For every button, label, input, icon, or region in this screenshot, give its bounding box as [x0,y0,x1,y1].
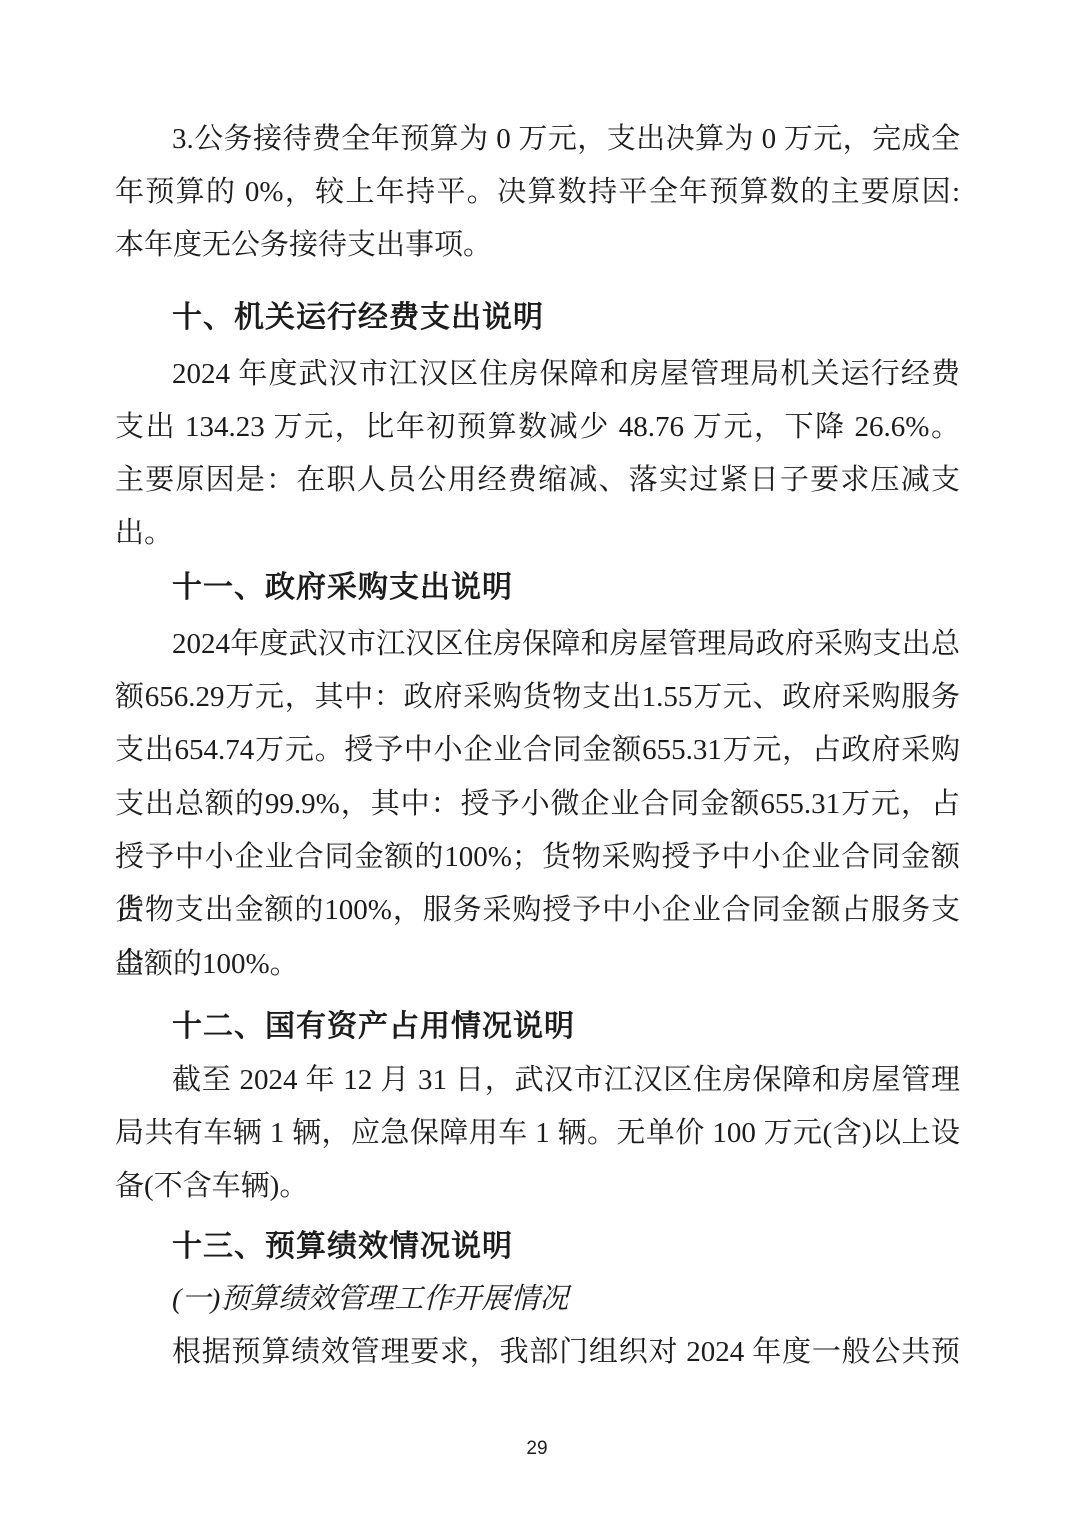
para-operating-expenses-line1: 2024 年度武汉市江汉区住房保障和房屋管理局机关运行经费 [115,348,960,401]
para-gov-procurement-line2: 额656.29万元，其中：政府采购货物支出1.55万元、政府采购服务 [115,671,960,724]
para-gov-procurement-line5: 授予中小企业合同金额的100%；货物采购授予中小企业合同金额占 [115,831,960,884]
para-gov-procurement-line4: 支出总额的99.9%，其中：授予小微企业合同金额655.31万元，占 [115,778,960,831]
para-operating-expenses-line2: 支出 134.23 万元，比年初预算数减少 48.76 万元，下降 26.6%。 [115,401,960,454]
para-official-reception-line1: 3.公务接待费全年预算为 0 万元，支出决算为 0 万元，完成全 [115,113,960,166]
para-official-reception-line2: 年预算的 0%，较上年持平。决算数持平全年预算数的主要原因: [115,166,960,219]
para-state-assets-line2: 局共有车辆 1 辆，应急保障用车 1 辆。无单价 100 万元(含)以上设 [115,1107,960,1160]
para-operating-expenses-line4: 出。 [115,507,960,560]
para-state-assets-line1: 截至 2024 年 12 月 31 日，武汉市江汉区住房保障和房屋管理 [115,1054,960,1107]
page-number: 29 [0,1437,1074,1461]
subheading-performance-management: (一)预算绩效管理工作开展情况 [115,1273,960,1326]
para-gov-procurement-line6: 货物支出金额的100%，服务采购授予中小企业合同金额占服务支出 [115,884,960,937]
para-performance-line1: 根据预算绩效管理要求，我部门组织对 2024 年度一般公共预 [115,1326,960,1379]
para-gov-procurement-line3: 支出654.74万元。授予中小企业合同金额655.31万元，占政府采购 [115,724,960,777]
heading-section-ten: 十、机关运行经费支出说明 [115,291,960,344]
para-official-reception-line3: 本年度无公务接待支出事项。 [115,219,960,272]
heading-section-twelve: 十二、国有资产占用情况说明 [115,1000,960,1053]
heading-section-thirteen: 十三、预算绩效情况说明 [115,1220,960,1273]
para-gov-procurement-line1: 2024年度武汉市江汉区住房保障和房屋管理局政府采购支出总 [115,618,960,671]
document-page: 3.公务接待费全年预算为 0 万元，支出决算为 0 万元，完成全 年预算的 0%… [0,0,1074,1520]
para-operating-expenses-line3: 主要原因是：在职人员公用经费缩减、落实过紧日子要求压减支 [115,454,960,507]
para-state-assets-line3: 备(不含车辆)。 [115,1160,960,1213]
para-gov-procurement-line7: 金额的100%。 [115,938,960,991]
heading-section-eleven: 十一、政府采购支出说明 [115,561,960,614]
